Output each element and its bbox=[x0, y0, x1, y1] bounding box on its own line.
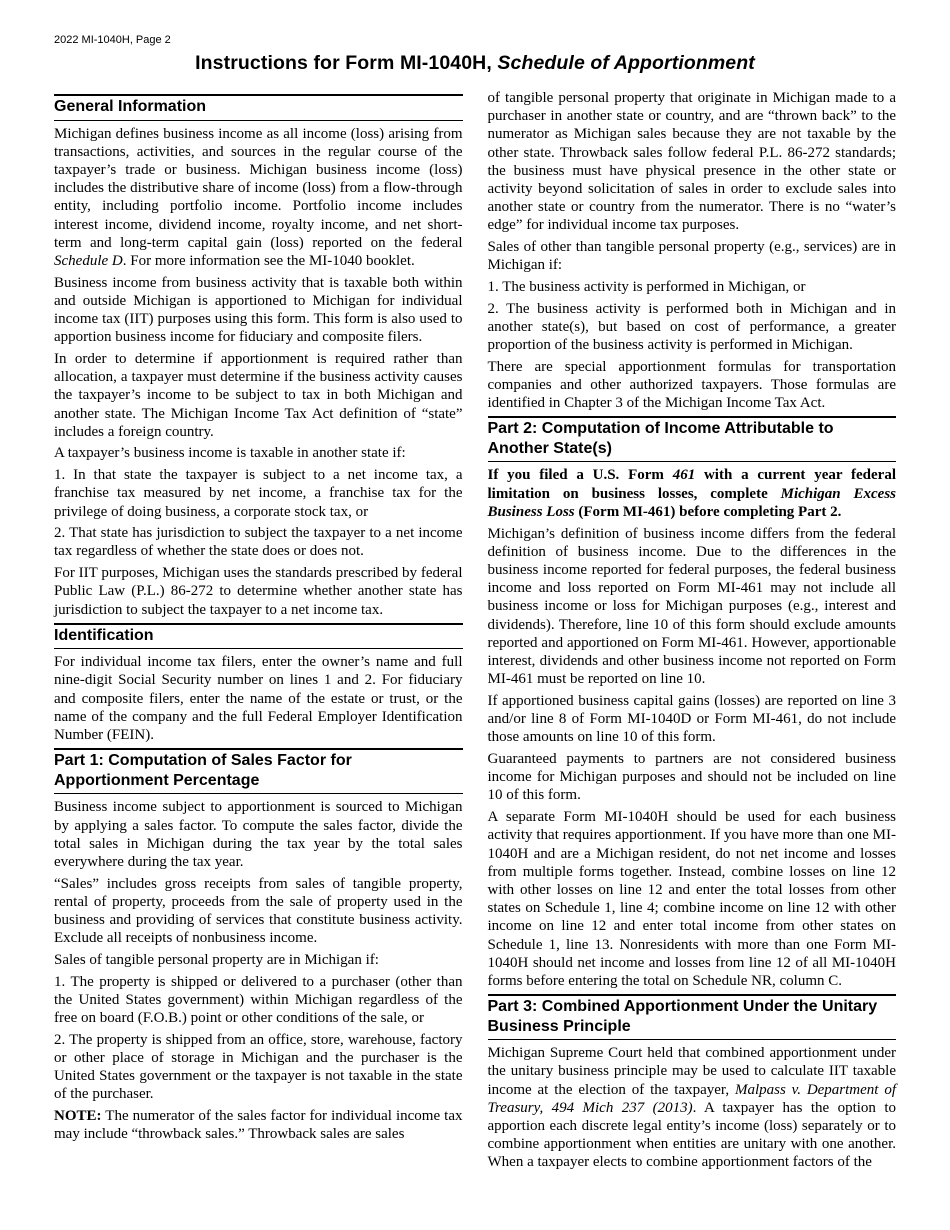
paragraph-throwback-continued: of tangible personal property that origi… bbox=[488, 89, 897, 235]
two-column-layout: General Information Michigan defines bus… bbox=[54, 89, 896, 1175]
text-run: 2. That state has jurisdiction to subjec… bbox=[54, 525, 463, 559]
note-paragraph-throwback: NOTE: The numerator of the sales factor … bbox=[54, 1107, 463, 1143]
text-run: In order to determine if apportionment i… bbox=[54, 351, 463, 440]
text-run: Schedule of Apportionment bbox=[497, 52, 754, 74]
paragraph-other-than-tpp: Sales of other than tangible personal pr… bbox=[488, 238, 897, 274]
text-run: If apportioned business capital gains (l… bbox=[488, 693, 897, 745]
paragraph-sales-includes: “Sales” includes gross receipts from sal… bbox=[54, 875, 463, 948]
paragraph-michigan-definition-differs: Michigan’s definition of business income… bbox=[488, 525, 897, 689]
paragraph-apportioned-to-michigan: Business income from business activity t… bbox=[54, 274, 463, 347]
text-run: Business income from business activity t… bbox=[54, 275, 463, 346]
text-run: Michigan’s definition of business income… bbox=[488, 526, 897, 688]
page-header-label: 2022 MI-1040H, Page 2 bbox=[54, 34, 896, 47]
text-run: NOTE: bbox=[54, 1108, 102, 1124]
numbered-item-net-income-tax: 1. In that state the taxpayer is subject… bbox=[54, 466, 463, 521]
paragraph-form-461-bold-notice: If you filed a U.S. Form 461 with a curr… bbox=[488, 466, 897, 521]
text-run: 461 bbox=[673, 467, 696, 483]
paragraph-iit-standards: For IIT purposes, Michigan uses the stan… bbox=[54, 564, 463, 619]
text-run: Business income subject to apportionment… bbox=[54, 799, 463, 870]
text-run: Schedule D bbox=[54, 253, 123, 269]
text-run: There are special apportionment formulas… bbox=[488, 359, 897, 411]
text-run: (Form MI-461) before completing Part 2. bbox=[575, 504, 842, 520]
numbered-item-jurisdiction: 2. That state has jurisdiction to subjec… bbox=[54, 524, 463, 560]
text-run: Instructions for Form MI-1040H, bbox=[195, 52, 497, 74]
numbered-item-shipped-delivered: 1. The property is shipped or delivered … bbox=[54, 973, 463, 1028]
text-run: 1. The property is shipped or delivered … bbox=[54, 974, 463, 1026]
text-run: “Sales” includes gross receipts from sal… bbox=[54, 876, 463, 947]
paragraph-special-formulas: There are special apportionment formulas… bbox=[488, 358, 897, 413]
text-run: 1. The business activity is performed in… bbox=[488, 279, 806, 295]
numbered-item-cost-of-performance: 2. The business activity is performed bo… bbox=[488, 300, 897, 355]
document-title: Instructions for Form MI-1040H, Schedule… bbox=[54, 52, 896, 75]
numbered-item-shipped-from-office: 2. The property is shipped from an offic… bbox=[54, 1031, 463, 1104]
paragraph-identification: For individual income tax filers, enter … bbox=[54, 653, 463, 744]
text-run: A separate Form MI-1040H should be used … bbox=[488, 809, 897, 989]
section-heading-part2: Part 2: Computation of Income Attributab… bbox=[488, 416, 897, 462]
paragraph-separate-form: A separate Form MI-1040H should be used … bbox=[488, 808, 897, 990]
paragraph-capital-gains: If apportioned business capital gains (l… bbox=[488, 692, 897, 747]
paragraph-business-income-definition: Michigan defines business income as all … bbox=[54, 125, 463, 271]
text-run: Guaranteed payments to partners are not … bbox=[488, 751, 897, 803]
section-heading-identification: Identification bbox=[54, 623, 463, 650]
paragraph-tpp-intro: Sales of tangible personal property are … bbox=[54, 951, 463, 969]
text-run: Michigan defines business income as all … bbox=[54, 126, 463, 251]
text-run: 2. The property is shipped from an offic… bbox=[54, 1032, 463, 1103]
text-run: of tangible personal property that origi… bbox=[488, 90, 897, 233]
section-heading-general-information: General Information bbox=[54, 94, 463, 121]
section-heading-part3: Part 3: Combined Apportionment Under the… bbox=[488, 994, 897, 1040]
text-run: 1. In that state the taxpayer is subject… bbox=[54, 467, 463, 519]
text-run: For IIT purposes, Michigan uses the stan… bbox=[54, 565, 463, 617]
text-run: If you filed a U.S. Form bbox=[488, 467, 673, 483]
text-run: For individual income tax filers, enter … bbox=[54, 654, 463, 743]
section-heading-part1: Part 1: Computation of Sales Factor for … bbox=[54, 748, 463, 794]
paragraph-apportionment-vs-allocation: In order to determine if apportionment i… bbox=[54, 350, 463, 441]
numbered-item-activity-in-michigan: 1. The business activity is performed in… bbox=[488, 278, 897, 296]
text-run: Sales of tangible personal property are … bbox=[54, 952, 379, 968]
text-run: Sales of other than tangible personal pr… bbox=[488, 239, 897, 273]
instructions-page: 2022 MI-1040H, Page 2 Instructions for F… bbox=[0, 0, 950, 1230]
paragraph-sales-factor: Business income subject to apportionment… bbox=[54, 798, 463, 871]
text-run: A taxpayer’s business income is taxable … bbox=[54, 445, 406, 461]
text-run: . For more information see the MI-1040 b… bbox=[123, 253, 415, 269]
text-run: 2. The business activity is performed bo… bbox=[488, 301, 897, 353]
paragraph-unitary-principle: Michigan Supreme Court held that combine… bbox=[488, 1044, 897, 1171]
left-column: General Information Michigan defines bus… bbox=[54, 89, 463, 1147]
paragraph-guaranteed-payments: Guaranteed payments to partners are not … bbox=[488, 750, 897, 805]
right-column: of tangible personal property that origi… bbox=[488, 89, 897, 1175]
paragraph-taxable-in-another-state-if: A taxpayer’s business income is taxable … bbox=[54, 444, 463, 462]
text-run: The numerator of the sales factor for in… bbox=[54, 1108, 463, 1142]
